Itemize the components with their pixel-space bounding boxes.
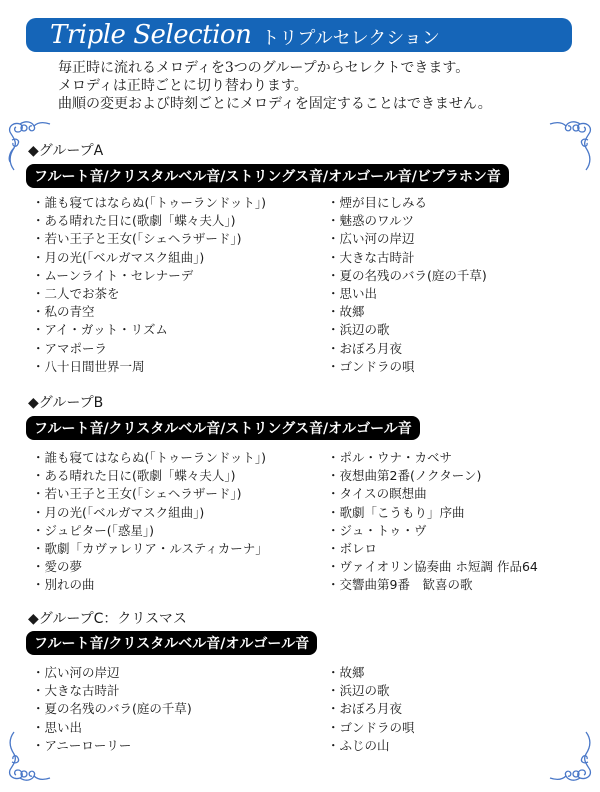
list-item: ・アニーローリー [32,737,192,755]
list-item: ・ある晴れた日に(歌劇「蝶々夫人」) [32,467,268,485]
list-item: ・歌劇「こうもり」序曲 [327,504,538,522]
list-item: ・若い王子と王女(「シェヘラザード」) [32,485,268,503]
list-item: ・別れの曲 [32,576,268,594]
corner-ornament-icon [548,118,596,174]
melody-list-right: ・煙が目にしみる ・魅惑のワルツ ・広い河の岸辺 ・大きな古時計 ・夏の名残のバ… [327,194,487,376]
list-item: ・故郷 [327,664,415,682]
group-title: ◆グループA [28,140,103,160]
list-item: ・月の光(「ベルガマスク組曲」) [32,504,268,522]
melody-list-right: ・ポル・ウナ・カベサ ・夜想曲第2番(ノクターン) ・タイスの瞑想曲 ・歌劇「こ… [327,449,538,595]
list-item: ・若い王子と王女(「シェヘラザード」) [32,230,266,248]
list-item: ・タイスの瞑想曲 [327,485,538,503]
intro-line: メロディは正時ごとに切り替わります。 [58,77,492,95]
list-item: ・アイ・ガット・リズム [32,321,266,339]
list-item: ・夏の名残のバラ(庭の千草) [32,700,192,718]
list-item: ・二人でお茶を [32,285,266,303]
list-item: ・ジュ・トゥ・ヴ [327,522,538,540]
list-item: ・八十日間世界一周 [32,358,266,376]
list-item: ・浜辺の歌 [327,321,487,339]
group-title: ◆グループC：クリスマス [28,608,187,628]
list-item: ・交響曲第9番 歓喜の歌 [327,576,538,594]
title-japanese: トリプルセレクション [261,24,440,50]
list-item: ・思い出 [32,719,192,737]
list-item: ・煙が目にしみる [327,194,487,212]
list-item: ・ゴンドラの唄 [327,719,415,737]
list-item: ・ジュピター(「惑星」) [32,522,268,540]
list-item: ・私の青空 [32,303,266,321]
melody-list-right: ・故郷 ・浜辺の歌 ・おぼろ月夜 ・ゴンドラの唄 ・ふじの山 [327,664,415,755]
group-title: ◆グループB [28,392,103,412]
title-english: Triple Selection [50,20,251,50]
list-item: ・広い河の岸辺 [327,230,487,248]
list-item: ・夏の名残のバラ(庭の千草) [327,267,487,285]
intro-line: 曲順の変更および時刻ごとにメロディを固定することはできません。 [58,95,492,113]
list-item: ・ボレロ [327,540,538,558]
list-item: ・夜想曲第2番(ノクターン) [327,467,538,485]
title-banner: Triple Selection トリプルセレクション [26,18,572,52]
list-item: ・広い河の岸辺 [32,664,192,682]
list-item: ・思い出 [327,285,487,303]
list-item: ・大きな古時計 [327,249,487,267]
list-item: ・月の光(「ベルガマスク組曲」) [32,249,266,267]
intro-text: 毎正時に流れるメロディを3つのグループからセレクトできます。 メロディは正時ごと… [58,59,492,113]
melody-list-left: ・誰も寝てはならぬ(「トゥーランドット」) ・ある晴れた日に(歌劇「蝶々夫人」)… [32,449,268,595]
list-item: ・ゴンドラの唄 [327,358,487,376]
sound-list-badge: フルート音/クリスタルベル音/オルゴール音 [26,631,317,655]
list-item: ・浜辺の歌 [327,682,415,700]
list-item: ・ふじの山 [327,737,415,755]
list-item: ・おぼろ月夜 [327,340,487,358]
list-item: ・故郷 [327,303,487,321]
list-item: ・ヴァイオリン協奏曲 ホ短調 作品64 [327,558,538,576]
corner-ornament-icon [548,728,596,784]
sound-list-badge: フルート音/クリスタルベル音/ストリングス音/オルゴール音 [26,416,420,440]
list-item: ・誰も寝てはならぬ(「トゥーランドット」) [32,194,266,212]
list-item: ・歌劇「カヴァレリア・ルスティカーナ」 [32,540,268,558]
list-item: ・魅惑のワルツ [327,212,487,230]
list-item: ・おぼろ月夜 [327,700,415,718]
list-item: ・愛の夢 [32,558,268,576]
list-item: ・アマポーラ [32,340,266,358]
intro-line: 毎正時に流れるメロディを3つのグループからセレクトできます。 [58,59,492,77]
list-item: ・大きな古時計 [32,682,192,700]
list-item: ・ムーンライト・セレナーデ [32,267,266,285]
list-item: ・ポル・ウナ・カベサ [327,449,538,467]
melody-list-left: ・広い河の岸辺 ・大きな古時計 ・夏の名残のバラ(庭の千草) ・思い出 ・アニー… [32,664,192,755]
melody-list-left: ・誰も寝てはならぬ(「トゥーランドット」) ・ある晴れた日に(歌劇「蝶々夫人」)… [32,194,266,376]
list-item: ・ある晴れた日に(歌劇「蝶々夫人」) [32,212,266,230]
sound-list-badge: フルート音/クリスタルベル音/ストリングス音/オルゴール音/ビブラホン音 [26,164,509,188]
list-item: ・誰も寝てはならぬ(「トゥーランドット」) [32,449,268,467]
